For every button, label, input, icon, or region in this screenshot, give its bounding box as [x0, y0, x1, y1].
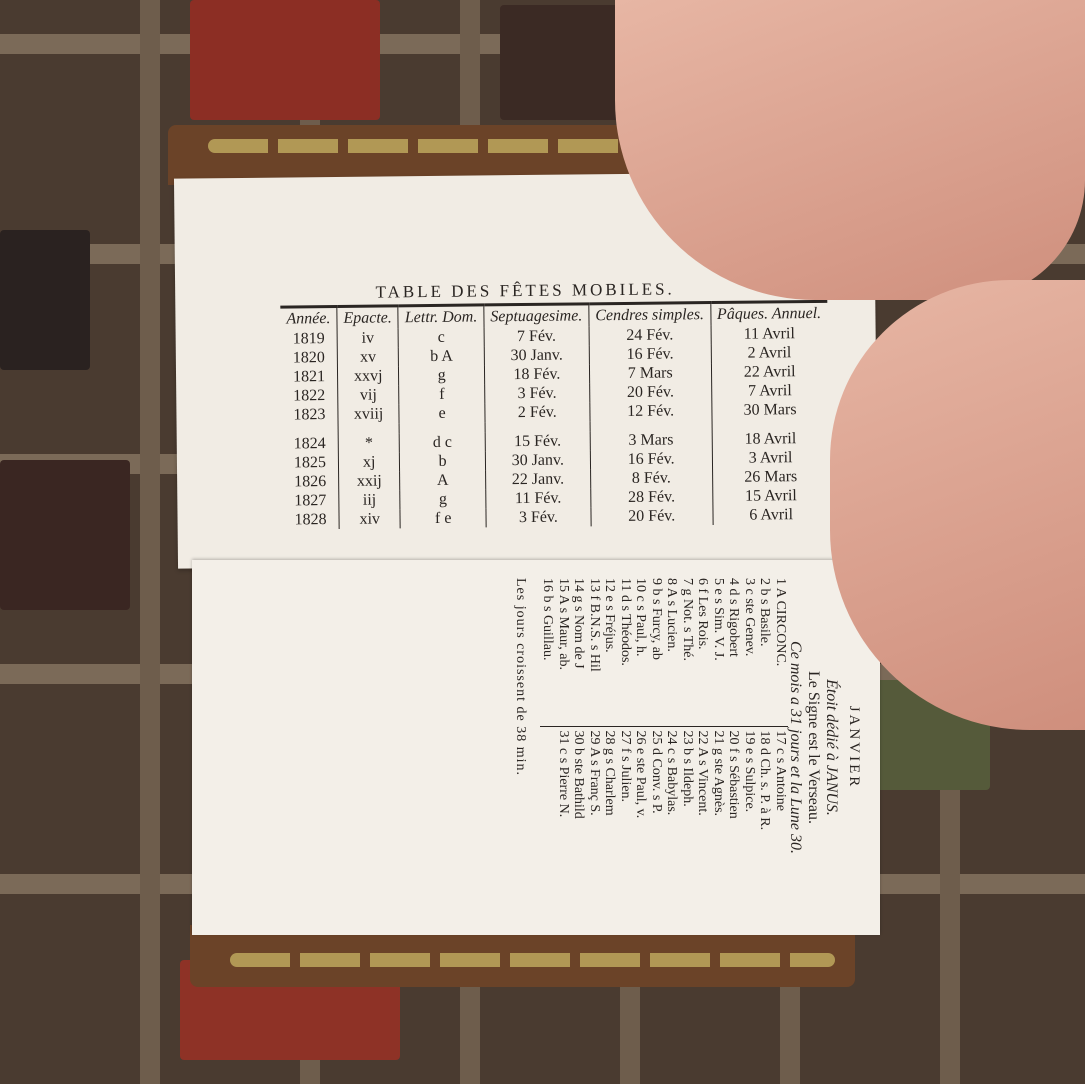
table-cell: b A [399, 346, 485, 366]
day-entry: 31 c s Pierre N. [556, 726, 572, 879]
day-entry: 9 b s Furcy, ab [649, 578, 665, 726]
table-cell: 2 Fév. [485, 402, 590, 422]
footer-note: Les jours croissent de 38 min. [512, 578, 528, 776]
table-cell: g [399, 365, 485, 385]
table-cell: 16 Fév. [589, 344, 711, 364]
table-cell: 3 Avril [712, 448, 829, 468]
day-entry: 25 d Conv. s P. [649, 726, 665, 879]
table-cell: A [400, 470, 486, 490]
day-entry: 11 d s Théodos. [618, 578, 634, 726]
table-cell: 1821 [281, 367, 338, 387]
day-entry: 14 g s Nom de J [571, 578, 587, 726]
day-entry: 27 f s Julien. [618, 726, 634, 879]
day-entry [540, 726, 556, 879]
table-cell: xiv [339, 509, 401, 529]
day-entry: 5 e s Sim. V. J. [711, 578, 727, 726]
table-cell: 3 Fév. [485, 383, 590, 403]
table-cell: 15 Fév. [485, 431, 590, 451]
col-header: Année. [280, 306, 337, 329]
table-cell: 12 Fév. [590, 401, 712, 421]
table-cell: 11 Fév. [486, 488, 591, 508]
col-header: Epacte. [337, 306, 399, 329]
day-entry: 13 f B.N.S. s Hil [587, 578, 603, 726]
day-entry: 30 b ste Bathild [571, 726, 587, 879]
table-cell: 6 Avril [713, 505, 830, 525]
table-cell: * [338, 433, 400, 453]
table-cell: 26 Mars [712, 467, 829, 487]
table-cell: 1827 [282, 491, 339, 511]
day-entry: 23 b s Ildeph. [680, 726, 696, 879]
day-entry: 6 f Les Rois. [695, 578, 711, 726]
table-cell: g [400, 489, 486, 509]
day-entry: 10 c s Paul, h. [633, 578, 649, 726]
book-spine [190, 0, 380, 120]
col-header: Cendres simples. [589, 303, 711, 327]
col-header: Pâques. Annuel. [710, 301, 827, 325]
day-entry: 3 c ste Genev. [742, 578, 758, 726]
table-cell: 1820 [281, 348, 338, 368]
day-entry: 4 d s Rigobert [726, 578, 742, 726]
table-cell: 28 Fév. [591, 487, 713, 507]
table-cell: b [400, 451, 486, 471]
col-header: Lettr. Dom. [398, 305, 484, 328]
table-cell: 24 Fév. [589, 325, 711, 345]
dedication: Étoit dédié à JANUS. [822, 560, 840, 935]
table-cell: 30 Mars [711, 400, 828, 420]
table-cell: 22 Avril [711, 362, 828, 382]
day-entry: 15 A s Maur, ab. [556, 578, 572, 726]
table-cell: 1824 [282, 434, 339, 454]
day-entry: 29 A s Franç S. [587, 726, 603, 879]
table-cell: 11 Avril [711, 324, 828, 344]
table-cell: 2 Avril [711, 343, 828, 363]
table-cell: 18 Avril [712, 429, 829, 449]
table-cell: c [398, 327, 484, 347]
table-cell: 7 Avril [711, 381, 828, 401]
col-header: Septuagesime. [484, 304, 589, 328]
day-entry: 21 g ste Agnès. [711, 726, 727, 879]
day-entry: 1 A CIRCONC. [773, 578, 789, 726]
feasts-table: Année. Epacte. Lettr. Dom. Septuagesime.… [280, 300, 829, 530]
day-entry: 17 c s Antoine [773, 726, 789, 879]
table-cell: 20 Fév. [591, 506, 713, 526]
table-cell: xviij [338, 404, 400, 424]
day-entry: 12 e s Fréjus. [602, 578, 618, 726]
table-cell: 1825 [282, 453, 339, 473]
day-entry: 26 e ste Paul, v. [633, 726, 649, 879]
table-cell: 1822 [281, 386, 338, 406]
day-entry: 7 g Not. s Thé. [680, 578, 696, 726]
table-cell: 22 Janv. [485, 469, 590, 489]
table-cell: f e [400, 508, 486, 528]
table-cell: iij [339, 490, 401, 510]
book-spine [0, 460, 130, 610]
calendar-days: 1 A CIRCONC.17 c s Antoine2 b s Basile.1… [540, 578, 788, 878]
table-cell: xv [337, 347, 399, 367]
day-entry: 22 A s Vincent. [695, 726, 711, 879]
day-entry: 18 d Ch. s. P. à R. [757, 726, 773, 879]
table-cell: xxvj [337, 366, 399, 386]
table-cell: 1819 [281, 329, 338, 349]
day-entry: 16 b s Guillau. [540, 578, 556, 726]
table-cell: 7 Fév. [484, 326, 589, 346]
table-cell: 7 Mars [589, 363, 711, 383]
table-cell: f [399, 384, 485, 404]
table-cell: 30 Janv. [484, 345, 589, 365]
table-cell: 3 Mars [590, 430, 712, 450]
table-cell: vij [338, 385, 400, 405]
day-entry: 8 A s Lucien. [664, 578, 680, 726]
table-cell: 1826 [282, 472, 339, 492]
table-cell: xxij [339, 471, 401, 491]
zodiac-sign: Le Signe est le Verseau. [804, 560, 822, 935]
day-entry: 19 e s Sulpice. [742, 726, 758, 879]
table-cell: 16 Fév. [590, 449, 712, 469]
table-cell: 8 Fév. [590, 468, 712, 488]
month-length: Ce mois a 31 jours et la Lune 30. [786, 560, 804, 935]
table-cell: 18 Fév. [484, 364, 589, 384]
table-cell: d c [400, 432, 486, 452]
day-entry: 2 b s Basile. [757, 578, 773, 726]
table-cell: iv [337, 328, 399, 348]
table-cell: 1823 [281, 405, 338, 425]
table-cell: xj [338, 452, 400, 472]
day-entry: 20 f s Sébastien [726, 726, 742, 879]
table-cell: 1828 [282, 510, 339, 530]
gilt-border [230, 953, 835, 967]
table-cell: 30 Janv. [485, 450, 590, 470]
book-spine [0, 230, 90, 370]
table-cell: e [399, 403, 485, 423]
table-cell: 20 Fév. [589, 382, 711, 402]
page-january: JANVIER Étoit dédié à JANUS. Le Signe es… [192, 560, 880, 935]
table-cell: 3 Fév. [486, 507, 591, 527]
table-cell: 15 Avril [712, 486, 829, 506]
day-entry: 24 c s Babylas. [664, 726, 680, 879]
day-entry: 28 g s Charlem [602, 726, 618, 879]
